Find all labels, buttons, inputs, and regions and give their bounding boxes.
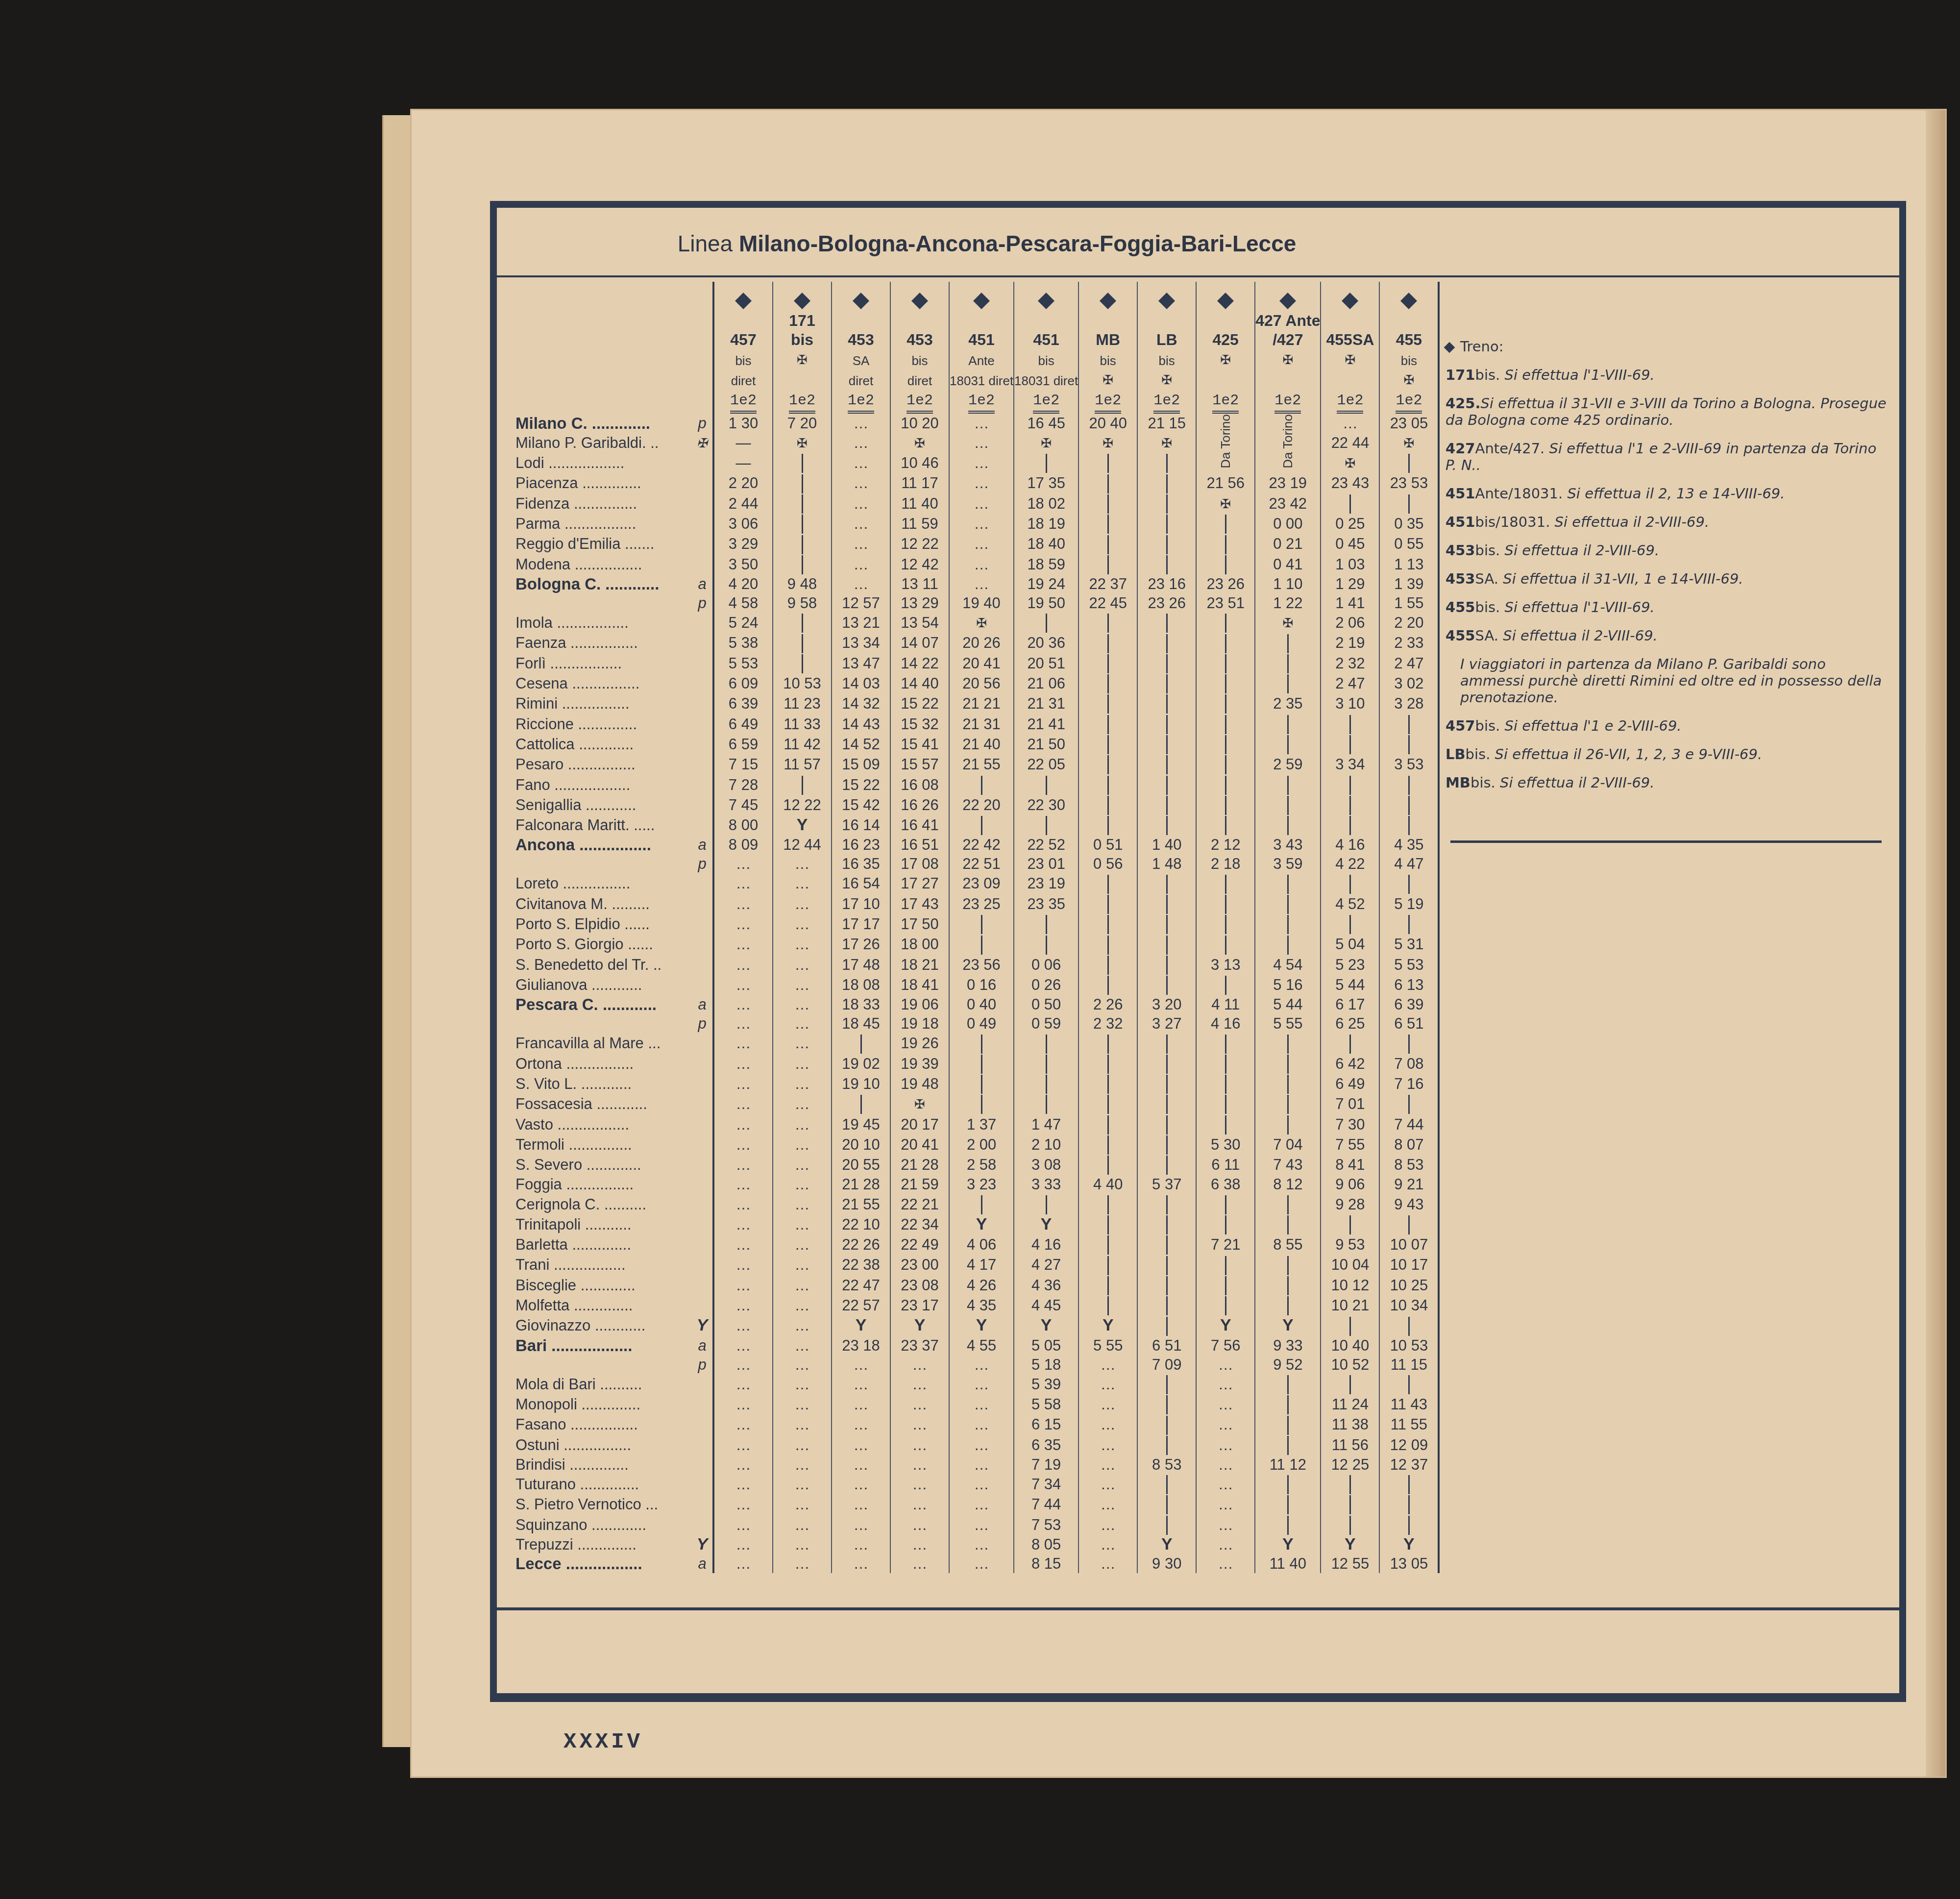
pass-through-line [1166,776,1168,795]
time-cell: … [1196,1374,1255,1394]
train-header-cell [1255,282,1321,311]
time-cell [1255,1435,1321,1455]
time-cell: … [713,1014,773,1033]
pass-through-line [1107,454,1109,473]
restaurant-car-icon: ✠ [1282,616,1293,630]
pass-through-line [1107,915,1109,934]
time-cell: 17 17 [832,914,890,934]
station-row: Ortona ................……19 0219 396 427… [510,1054,1439,1074]
diverge-arrow-icon: Y [976,1316,987,1334]
pass-through-line [1287,1215,1289,1234]
time-cell: 22 37 [1078,574,1137,593]
diamond-icon [735,293,752,309]
time-cell: 7 44 [1379,1114,1439,1134]
time-cell: 5 18 [1014,1355,1078,1374]
time-cell: 14 43 [832,714,890,734]
time-cell: 12 44 [773,835,832,854]
time-cell [1137,534,1196,554]
time-cell: … [773,1155,832,1175]
title-route: Milano-Bologna-Ancona-Pescara-Foggia-Bar… [739,231,1296,256]
pass-through-line [1107,1035,1109,1054]
time-cell: 23 37 [890,1336,949,1355]
header-row-diamond [510,282,1439,311]
time-cell: 11 38 [1321,1414,1379,1434]
pass-through-line [1408,735,1410,754]
train-header-cell: 1e2 [1078,390,1137,414]
time-cell: … [713,914,773,934]
time-cell [1078,1094,1137,1114]
arrival-departure-marker [692,633,713,653]
header-blank [692,330,713,349]
time-cell: 8 12 [1255,1175,1321,1194]
pass-through-line [1107,1296,1109,1315]
arrival-departure-marker [692,514,713,534]
time-cell [1196,1114,1255,1134]
time-cell: 6 42 [1321,1054,1379,1074]
time-cell: 13 05 [1379,1554,1439,1573]
time-cell: 9 21 [1379,1175,1439,1194]
station-name [510,1014,692,1033]
footnote-code: MB [1445,774,1470,791]
class-label: 1e2 [1153,392,1180,414]
pass-through-line [1349,1317,1351,1336]
time-cell: 2 00 [949,1134,1014,1155]
time-cell [1196,673,1255,693]
time-cell: — [713,453,773,473]
train-num: 455 [1396,331,1422,348]
train-header-cell: 451 [1014,330,1078,349]
pass-through-line [1287,1115,1289,1134]
train-header-cell: 1e2 [1196,390,1255,414]
pass-through-line [1166,1075,1168,1094]
restaurant-car-icon: ✠ [1345,352,1356,367]
time-cell [1255,633,1321,653]
time-cell: 16 14 [832,815,890,835]
time-cell: 2 47 [1379,653,1439,673]
station-name: Cesena ................ [510,673,692,693]
station-name: Bologna C. ............ [510,574,692,593]
time-cell [1379,873,1439,893]
arrival-departure-marker [692,1074,713,1094]
time-cell: 15 41 [890,734,949,754]
diverge-arrow-icon: Y [1102,1316,1114,1334]
station-row: Cerignola C. ..........……21 5522 219 289… [510,1194,1439,1214]
pass-through-line [1225,715,1226,734]
pass-through-line [802,474,803,493]
pass-through-line [860,1035,862,1054]
time-cell: … [713,1455,773,1474]
train-header-cell [1321,370,1379,390]
time-cell: 10 34 [1379,1295,1439,1315]
time-cell: 14 32 [832,693,890,714]
time-cell: 1 10 [1255,574,1321,593]
train-header-cell: 455SA [1321,330,1379,349]
time-cell: … [713,1295,773,1315]
time-cell: 0 16 [949,975,1014,995]
header-blank [510,349,692,370]
pass-through-line [1349,1035,1351,1054]
time-cell: … [890,1355,949,1374]
time-cell [1196,754,1255,774]
time-cell: … [832,1355,890,1374]
footnote-text: Si effettua il 31-VII, 1 e 14-VIII-69. [1503,570,1743,587]
time-cell [1078,1054,1137,1074]
footnote-suffix: bis. [1475,599,1505,616]
time-cell: 3 34 [1321,754,1379,774]
pass-through-line [1166,976,1168,995]
time-cell [1078,894,1137,914]
time-cell: 22 42 [949,835,1014,854]
time-cell [1078,975,1137,995]
station-row: Piacenza ..............2 20…11 17…17 352… [510,473,1439,493]
train-sub1: bis [1159,353,1175,368]
time-cell [1321,1514,1379,1534]
pass-through-line [1046,915,1047,934]
time-cell: 2 18 [1196,854,1255,873]
diverge-arrow-icon: Y [1282,1535,1294,1554]
time-cell: 10 17 [1379,1255,1439,1275]
time-cell [1321,1214,1379,1234]
time-cell [1137,1494,1196,1514]
time-cell: … [1078,1435,1137,1455]
time-cell: … [713,995,773,1014]
station-row: Cattolica .............6 5911 4214 5215 … [510,734,1439,754]
time-cell: … [832,1394,890,1414]
time-cell: ✠ [890,1094,949,1114]
time-cell: 2 32 [1078,1014,1137,1033]
arrival-departure-marker [692,894,713,914]
class-label: 1e2 [1396,392,1422,414]
time-cell [1014,815,1078,835]
train-header-cell [713,311,773,330]
train-header-cell [1137,311,1196,330]
time-cell: … [773,1494,832,1514]
station-row: Fossacesia ............……✠7 01 [510,1094,1439,1114]
pass-through-line [1166,715,1168,734]
time-cell: 18 59 [1014,554,1078,574]
time-cell: 5 19 [1379,894,1439,914]
time-cell: 23 53 [1379,473,1439,493]
time-cell: 5 53 [1379,955,1439,975]
arrival-departure-marker [692,1114,713,1134]
time-cell [1196,1074,1255,1094]
time-cell [1137,1234,1196,1255]
pass-through-line [1166,1256,1168,1275]
time-cell: 16 41 [890,815,949,835]
time-cell: 21 15 [1137,414,1196,433]
time-cell [1078,633,1137,653]
pass-through-line [1166,654,1168,673]
time-cell: 6 25 [1321,1014,1379,1033]
time-cell: 19 18 [890,1014,949,1033]
station-row: Bari ..................a……23 1823 374 55… [510,1336,1439,1355]
time-cell: Y [1255,1315,1321,1335]
pass-through-line [1166,515,1168,534]
timetable: 171427 Ante457bis453453451451MBLB425/427… [510,282,1440,1573]
header-row-top: 171427 Ante [510,311,1439,330]
time-cell: 5 44 [1255,995,1321,1014]
time-cell [1255,673,1321,693]
train-header-cell: LB [1137,330,1196,349]
class-label: 1e2 [906,392,933,414]
arrival-departure-marker [692,774,713,794]
time-cell [1379,1474,1439,1494]
pass-through-line [1349,715,1351,734]
restaurant-car-icon: ✠ [1102,436,1113,450]
station-row: Trepuzzi ..............Y……………8 05…Y…YYY [510,1535,1439,1554]
time-cell: … [949,1374,1014,1394]
time-cell: 10 20 [890,414,949,433]
time-cell: 14 22 [890,653,949,673]
train-header-cell: ✠ [773,349,832,370]
station-row: p……………5 18…7 09…9 5210 5211 15 [510,1355,1439,1374]
time-cell: 11 42 [773,734,832,754]
header-blank [510,282,692,311]
pass-through-line [1107,895,1109,914]
pass-through-line [1287,915,1289,934]
time-cell: … [713,975,773,995]
time-cell [1137,1114,1196,1134]
time-cell: Y [1014,1214,1078,1234]
time-cell: 0 25 [1321,514,1379,534]
time-cell: 9 06 [1321,1175,1379,1194]
pass-through-line [1166,1156,1168,1175]
time-cell: 16 51 [890,835,949,854]
train-header-cell: 455 [1379,330,1439,349]
time-cell: 18 08 [832,975,890,995]
time-cell [1321,774,1379,794]
station-row: Giulianova ............……18 0818 410 160… [510,975,1439,995]
station-name: Milano C. ............. [510,414,692,433]
time-cell: 7 44 [1014,1494,1078,1514]
time-cell: 23 26 [1196,574,1255,593]
time-cell [1137,1315,1196,1335]
time-cell [1137,493,1196,514]
station-row: Monopoli ..............……………5 58……11 241… [510,1394,1439,1414]
time-cell: 11 59 [890,514,949,534]
footnote-suffix: SA. [1475,570,1503,587]
station-name: Vasto ................. [510,1114,692,1134]
time-cell: 8 53 [1137,1455,1196,1474]
time-cell: 3 29 [713,534,773,554]
station-row: Bisceglie .............……22 4723 084 264… [510,1275,1439,1295]
time-cell [1078,873,1137,893]
time-cell: 21 40 [949,734,1014,754]
time-cell: 23 26 [1137,593,1196,613]
time-cell [1379,714,1439,734]
station-row: Mola di Bari ..........……………5 39…… [510,1374,1439,1394]
time-cell: 22 05 [1014,754,1078,774]
time-cell: 22 10 [832,1214,890,1234]
time-cell: … [713,1414,773,1434]
time-cell: … [832,534,890,554]
time-cell: 16 26 [890,795,949,815]
time-cell: … [949,1414,1014,1434]
time-cell: … [1078,1455,1137,1474]
arrival-departure-marker: p [692,1355,713,1374]
station-row: p……18 4519 180 490 592 323 274 165 556 2… [510,1014,1439,1033]
time-cell: 16 45 [1014,414,1078,433]
time-cell: 3 02 [1379,673,1439,693]
time-cell: 7 08 [1379,1054,1439,1074]
pass-through-line [1349,816,1351,835]
pass-through-line [1287,1195,1289,1214]
pass-through-line [1166,1475,1168,1494]
time-cell: 13 21 [832,613,890,633]
time-cell: 5 24 [713,613,773,633]
time-cell: … [713,1255,773,1275]
train-header-cell [1321,282,1379,311]
time-cell: … [949,1554,1014,1573]
pass-through-line [860,1095,862,1114]
pass-through-line [1107,976,1109,995]
time-cell: … [949,1494,1014,1514]
time-cell: 19 50 [1014,593,1078,613]
pass-through-line [1107,1135,1109,1155]
arrival-departure-marker [692,534,713,554]
pass-through-line [1166,1055,1168,1074]
pass-through-line [1166,634,1168,653]
time-cell [1078,815,1137,835]
time-cell: … [890,1494,949,1514]
pass-through-line [1408,494,1410,514]
time-cell: … [773,1374,832,1394]
arrival-departure-marker [692,453,713,473]
arrival-departure-marker [692,914,713,934]
time-cell: 2 19 [1321,633,1379,653]
footnote-code: 455 [1445,627,1475,644]
time-cell: 23 09 [949,873,1014,893]
time-cell: … [949,493,1014,514]
time-cell [1078,693,1137,714]
time-cell [1078,754,1137,774]
station-row: Porto S. Giorgio ......……17 2618 005 045… [510,934,1439,954]
time-cell [1321,1474,1379,1494]
time-cell [1078,653,1137,673]
time-cell: … [713,1134,773,1155]
time-cell [1321,714,1379,734]
pass-through-line [1166,474,1168,493]
time-cell: 23 19 [1255,473,1321,493]
pass-through-line [1408,1095,1410,1114]
time-cell: … [1196,1554,1255,1573]
time-cell: … [713,873,773,893]
train-header-cell: Ante [949,349,1014,370]
diamond-icon [973,293,990,309]
restaurant-car-icon: ✠ [1102,372,1113,387]
time-cell: 2 06 [1321,613,1379,633]
station-name: Cerignola C. .......... [510,1194,692,1214]
time-cell: 9 48 [773,574,832,593]
pass-through-line [802,454,803,473]
train-header-cell: ✠ [1078,370,1137,390]
pass-through-line [1408,454,1410,473]
time-cell: 4 22 [1321,854,1379,873]
time-cell: ✠ [949,613,1014,633]
time-cell: 13 29 [890,593,949,613]
pass-through-line [1225,816,1226,835]
station-row: Termoli ...............……20 1020 412 002… [510,1134,1439,1155]
time-cell: 12 37 [1379,1455,1439,1474]
pass-through-line [1287,1075,1289,1094]
station-name: Tuturano .............. [510,1474,692,1494]
time-cell: Y [1321,1535,1379,1554]
pass-through-line [1225,755,1226,774]
time-cell: 3 13 [1196,955,1255,975]
time-cell: 23 00 [890,1255,949,1275]
train-header-cell [1137,282,1196,311]
time-cell: … [1196,1414,1255,1434]
pass-through-line [1225,735,1226,754]
time-cell: 18 21 [890,955,949,975]
time-cell: 14 03 [832,673,890,693]
train-num: MB [1096,331,1120,348]
time-cell: … [949,514,1014,534]
time-cell: … [1196,1514,1255,1534]
time-cell: 9 33 [1255,1336,1321,1355]
time-cell: 23 01 [1014,854,1078,873]
footnote-code: 453 [1445,570,1475,587]
header-blank [510,370,692,390]
pass-through-line [981,1055,982,1074]
time-cell [1196,774,1255,794]
pass-through-line [1225,1276,1226,1295]
time-cell: 10 52 [1321,1355,1379,1374]
pass-through-line [1349,796,1351,815]
footnote-code: 457 [1445,717,1475,734]
restaurant-car-icon: ✠ [1220,496,1231,511]
arrival-departure-marker [692,1374,713,1394]
time-cell: 17 35 [1014,473,1078,493]
footnote: 451bis/18031. Si effettua il 2-VIII-69. [1445,514,1886,530]
time-cell: … [773,1535,832,1554]
time-cell: 7 43 [1255,1155,1321,1175]
time-cell [1078,1255,1137,1275]
time-cell: 16 35 [832,854,890,873]
pass-through-line [1408,1035,1410,1054]
station-row: Cesena ................6 0910 5314 0314 … [510,673,1439,693]
time-cell: 4 52 [1321,894,1379,914]
time-cell [1137,795,1196,815]
pass-through-line [1287,1416,1289,1435]
time-cell [1137,914,1196,934]
time-cell: … [773,1134,832,1155]
diverge-arrow-icon: Y [1282,1316,1294,1334]
station-name: Bisceglie ............. [510,1275,692,1295]
time-cell [1078,673,1137,693]
time-cell: 22 49 [890,1234,949,1255]
pass-through-line [802,776,803,795]
time-cell: … [832,1414,890,1434]
station-name: Mola di Bari .......... [510,1374,692,1394]
time-cell: 3 27 [1137,1014,1196,1033]
pass-through-line [1287,1095,1289,1114]
time-cell [1137,633,1196,653]
time-cell: 4 11 [1196,995,1255,1014]
time-cell [1078,714,1137,734]
time-cell: 0 40 [949,995,1014,1014]
time-cell: 21 55 [832,1194,890,1214]
time-cell [1137,734,1196,754]
header-row-sub1: bis✠SAbisAntebisbisbis✠✠✠bis [510,349,1439,370]
station-row: Ostuni ................……………6 35……11 561… [510,1435,1439,1455]
diverge-arrow-icon: Y [797,815,808,834]
time-cell [1321,914,1379,934]
time-cell: 7 30 [1321,1114,1379,1134]
pass-through-line [1107,796,1109,815]
train-header-cell: diret [890,370,949,390]
time-cell: … [949,473,1014,493]
